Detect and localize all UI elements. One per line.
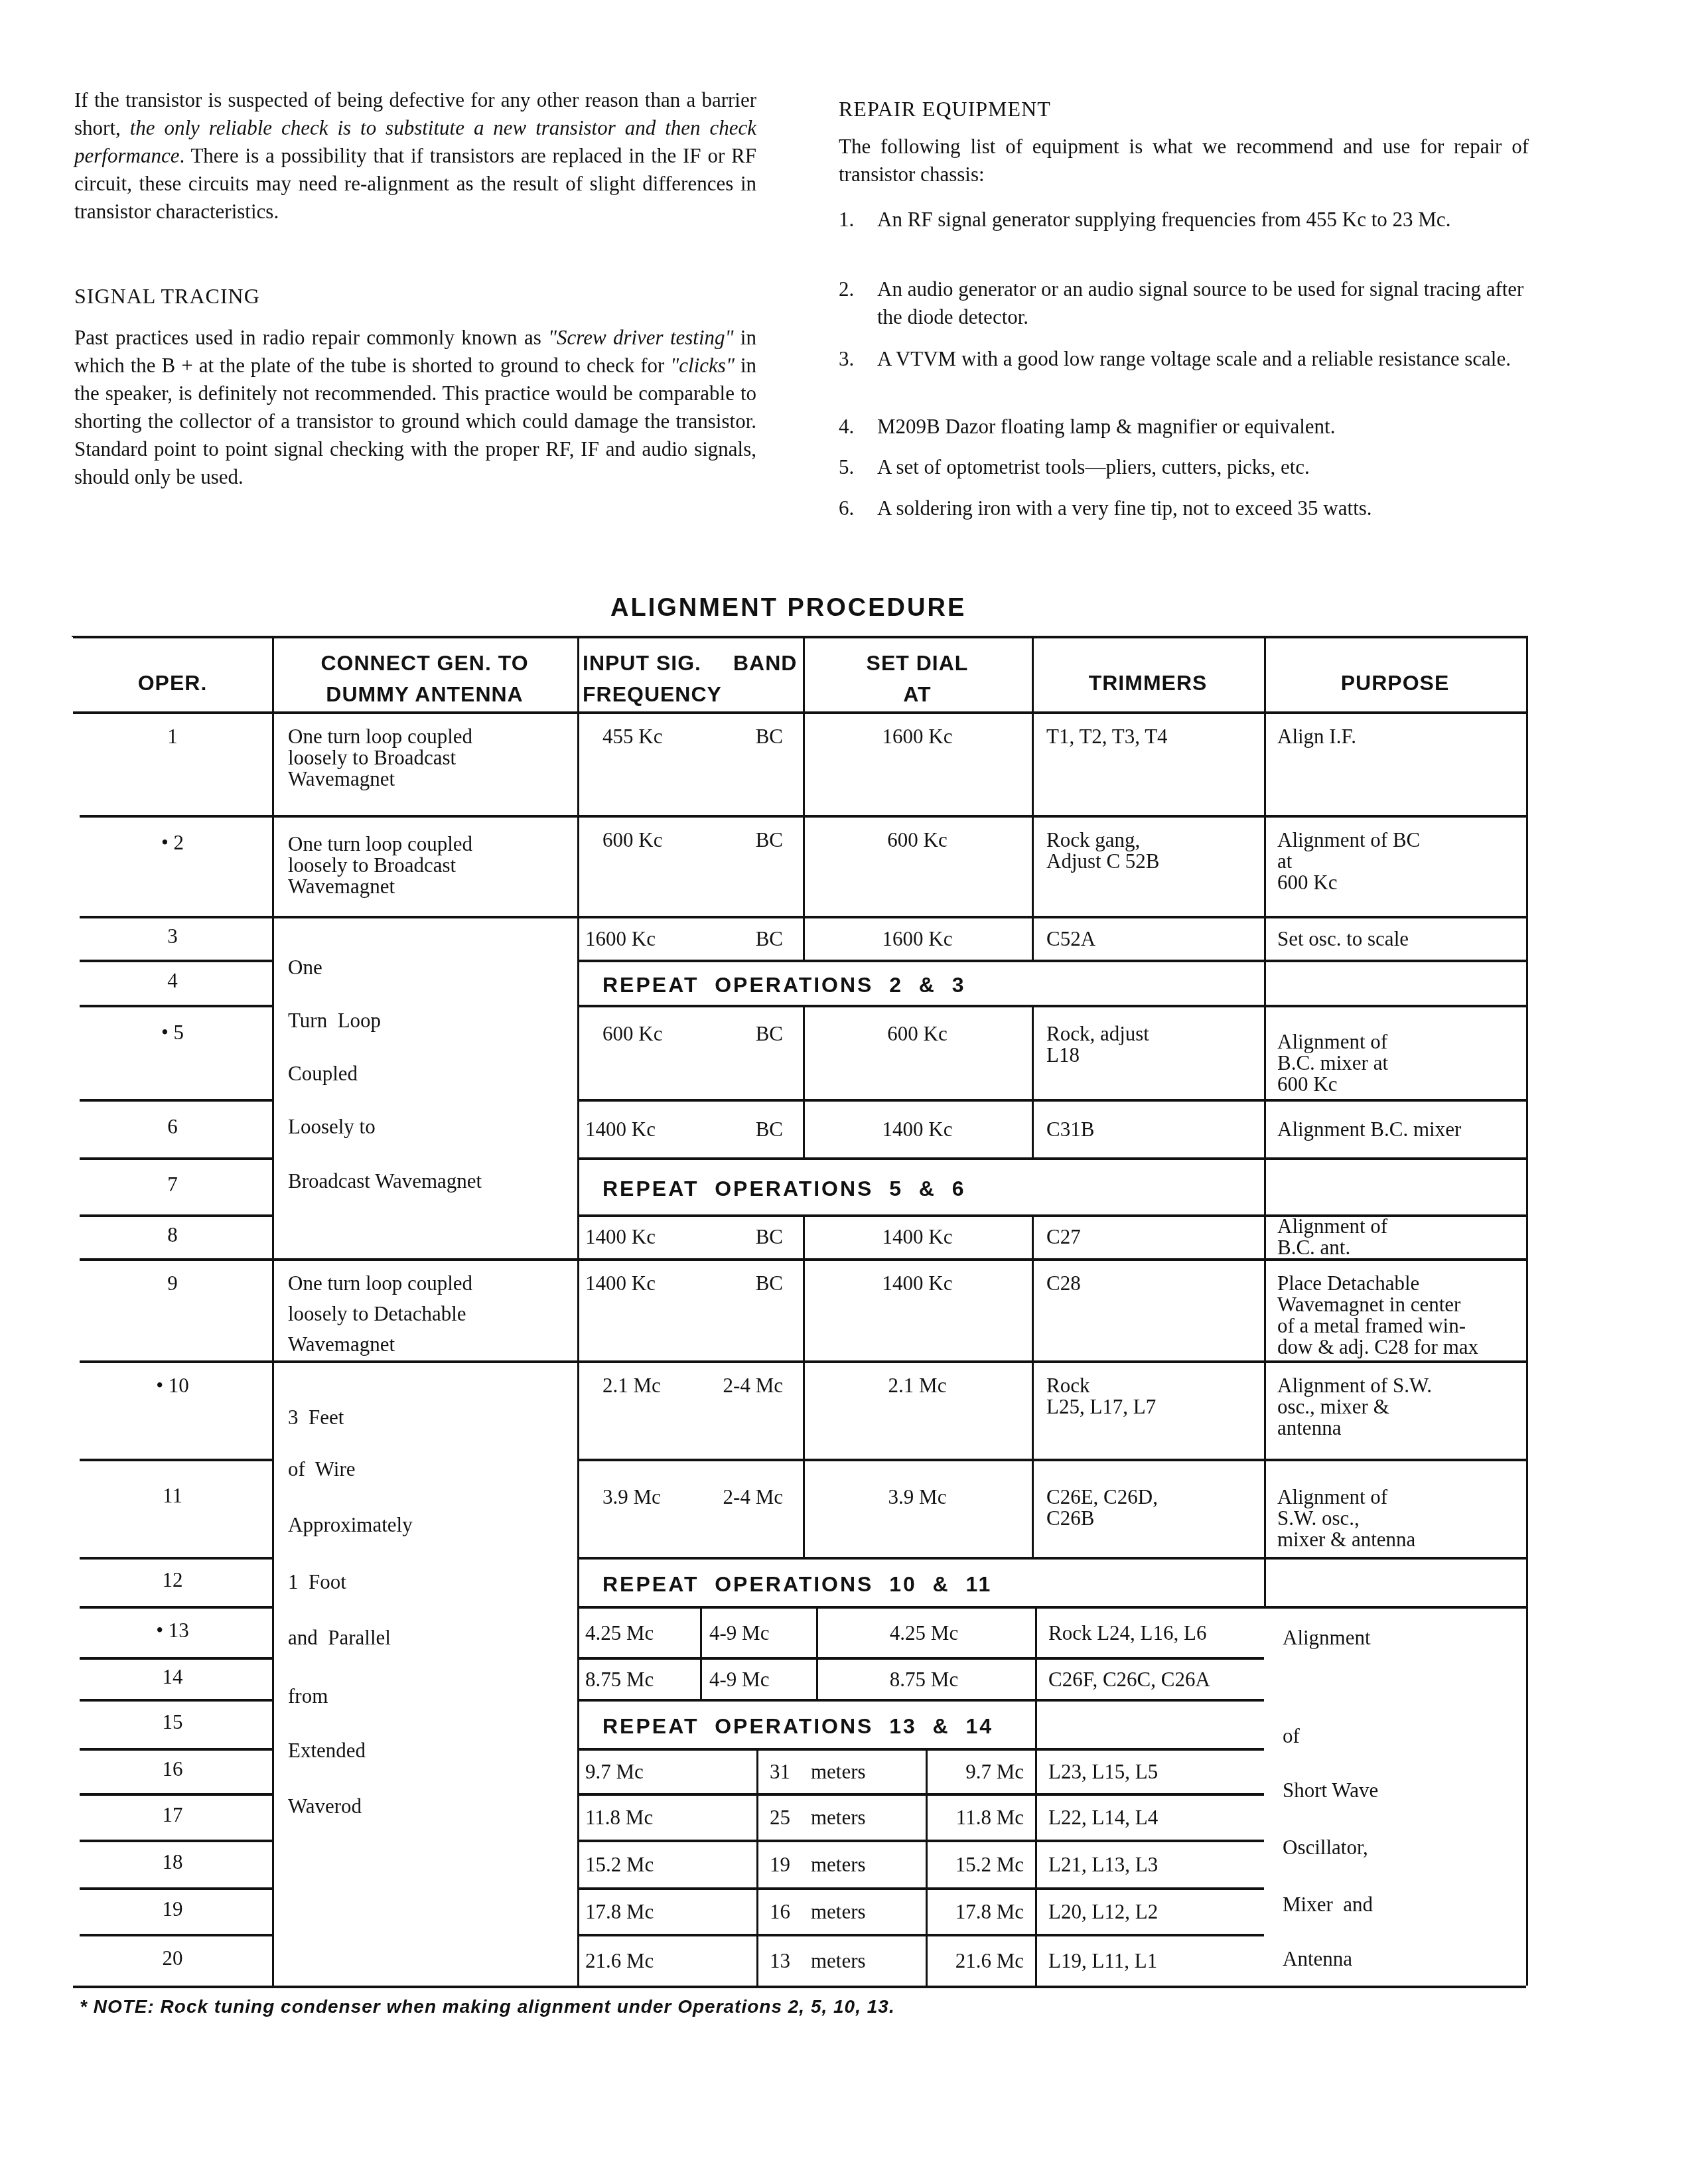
table-rule [577,1793,1264,1796]
band-meters-unit: meters [811,1761,866,1783]
oper-number: 4 [73,970,272,991]
purpose-value: Alignment of [1277,1216,1387,1237]
table-rule [272,916,1526,918]
trimmers-value: L21, L13, L3 [1048,1854,1158,1875]
purpose-value: Alignment of [1277,1487,1387,1508]
header-oper: OPER. [73,667,272,699]
oper-number: • 5 [73,1022,272,1043]
connect-gen-text: Broadcast Wavemagnet [288,1171,482,1192]
table-rule [73,711,1526,714]
column-rule [1032,1005,1034,1157]
table-rule [577,1606,1526,1609]
band-meters-unit: meters [811,1807,866,1828]
equipment-item-text: A VTVM with a good low range voltage sca… [877,345,1541,373]
trimmers-value: L25, L17, L7 [1046,1396,1156,1418]
table-rule [80,1699,272,1702]
table-rule [577,960,1526,962]
oper-number: 19 [73,1899,272,1920]
connect-gen-text: One [288,957,322,978]
table-rule [80,916,272,918]
connect-gen-text: Waverod [288,1796,362,1817]
table-rule [80,1934,272,1936]
input-frequency: 600 Kc [602,830,662,851]
table-rule [73,1986,1526,1988]
repeat-operations-label: REPEAT OPERATIONS 2 & 3 [602,973,965,997]
signal-emphasis-1: "Screw driver testing" [548,326,734,349]
repeat-operations-label: REPEAT OPERATIONS 5 & 6 [602,1177,965,1201]
purpose-value: S.W. osc., [1277,1508,1360,1529]
table-rule [577,1934,1264,1936]
set-dial-value: 17.8 Mc [955,1901,1024,1923]
equipment-item-number: 4. [839,413,854,441]
trimmers-value: L18 [1046,1045,1080,1066]
trimmers-value: C26E, C26D, [1046,1487,1158,1508]
table-rule [577,1005,1526,1007]
column-rule [756,1748,758,1986]
equipment-item-number: 2. [839,275,854,303]
table-rule [577,1887,1264,1890]
connect-gen-text: and Parallel [288,1627,391,1648]
trimmers-value: Rock [1046,1375,1090,1396]
connect-gen-text: Turn Loop [288,1010,381,1031]
table-rule [577,1459,1526,1461]
table-rule [577,1099,1526,1102]
connect-gen-text: One turn loop coupled [288,726,472,747]
input-frequency: 600 Kc [602,1023,662,1045]
signal-tracing-heading: SIGNAL TRACING [74,284,260,309]
input-frequency: 3.9 Mc [602,1487,661,1508]
set-dial-value: 600 Kc [803,830,1032,851]
table-rule [80,1214,272,1217]
connect-gen-text: Wavemagnet [288,876,395,897]
repeat-operations-label: REPEAT OPERATIONS 10 & 11 [602,1572,992,1597]
table-rule [577,1840,1264,1842]
oper-number: 11 [73,1485,272,1506]
equipment-item-text: An audio generator or an audio signal so… [877,275,1541,331]
trimmers-value: L22, L14, L4 [1048,1807,1158,1828]
set-dial-value: 15.2 Mc [955,1854,1024,1875]
trimmers-value: Adjust C 52B [1046,851,1160,872]
column-rule [272,636,274,1986]
purpose-value: B.C. ant. [1277,1237,1350,1258]
set-dial-value: 600 Kc [803,1023,1032,1045]
connect-gen-text: Approximately [288,1514,413,1536]
set-dial-value: 1400 Kc [803,1226,1032,1248]
column-rule [1035,1748,1037,1986]
sw-purpose-text: Oscillator, [1283,1837,1368,1858]
oper-number: 14 [73,1666,272,1688]
band-range: 4-9 Mc [709,1669,769,1690]
oper-number: • 2 [73,832,272,853]
band-range: 4-9 Mc [709,1623,769,1644]
band-meters-number: 13 [770,1950,790,1972]
purpose-value: Alignment B.C. mixer [1277,1119,1461,1140]
table-rule [80,1005,272,1007]
set-dial-value: 1600 Kc [803,726,1032,747]
input-frequency: 15.2 Mc [585,1854,654,1875]
header-connect: DUMMY ANTENNA [272,678,577,710]
band-value: BC [756,928,783,950]
table-rule [80,960,272,962]
band-value: BC [756,830,783,851]
alignment-title: ALIGNMENT PROCEDURE [610,594,966,622]
column-rule [1526,636,1528,1986]
connect-gen-text: from [288,1686,328,1707]
set-dial-value: 11.8 Mc [956,1807,1024,1828]
purpose-value: dow & adj. C28 for max [1277,1337,1478,1358]
connect-gen-text: of Wire [288,1459,355,1480]
set-dial-value: 1400 Kc [803,1119,1032,1140]
sw-purpose-text: Short Wave [1283,1780,1378,1801]
connect-gen-text: One turn loop coupled [288,1273,472,1294]
equipment-item-number: 6. [839,494,854,522]
trimmers-value: L20, L12, L2 [1048,1901,1158,1923]
table-rule [272,815,1526,818]
purpose-value: osc., mixer & [1277,1396,1389,1418]
connect-gen-text: Coupled [288,1063,358,1084]
set-dial-value: 1400 Kc [803,1273,1032,1294]
oper-number: 9 [73,1273,272,1294]
oper-number: 16 [73,1759,272,1780]
set-dial-value: 21.6 Mc [955,1950,1024,1972]
header-set-dial: AT [803,678,1032,710]
oper-number: 8 [73,1224,272,1246]
purpose-value: at [1277,851,1292,872]
oper-number: 17 [73,1804,272,1826]
table-rule [577,1748,1264,1751]
trimmers-value: C27 [1046,1226,1081,1248]
oper-number: 18 [73,1852,272,1873]
purpose-value: Align I.F. [1277,726,1356,747]
oper-number: 1 [73,726,272,747]
table-rule [80,1360,272,1363]
sw-purpose-text: of [1283,1725,1300,1747]
trimmers-value: Rock gang, [1046,830,1140,851]
trimmers-value: C26B [1046,1508,1094,1529]
set-dial-value: 3.9 Mc [803,1487,1032,1508]
oper-number: • 10 [73,1375,272,1396]
trimmers-value: C26F, C26C, C26A [1048,1669,1210,1690]
table-rule [577,1557,1526,1560]
purpose-value: Wavemagnet in center [1277,1294,1460,1315]
band-value: BC [756,1119,783,1140]
repair-equipment-intro: The following list of equipment is what … [839,133,1529,188]
header-purpose: PURPOSE [1264,667,1526,699]
table-rule [80,1606,272,1609]
band-value: 2-4 Mc [723,1375,783,1396]
trimmers-value: C28 [1046,1273,1081,1294]
header-input: INPUT SIG. [583,647,701,679]
column-rule [1035,1606,1037,1748]
column-rule [72,636,74,637]
table-rule [272,1360,1526,1363]
input-frequency: 21.6 Mc [585,1950,654,1972]
oper-number: 3 [73,926,272,947]
equipment-item-number: 1. [839,206,854,234]
band-meters-unit: meters [811,1901,866,1923]
header-trimmers: TRIMMERS [1032,667,1264,699]
equipment-item-text: An RF signal generator supplying frequen… [877,206,1541,234]
purpose-value: antenna [1277,1418,1341,1439]
connect-gen-text: 1 Foot [288,1571,346,1593]
header-connect: CONNECT GEN. TO [272,647,577,679]
purpose-value: Alignment of [1277,1031,1387,1053]
purpose-value: Place Detachable [1277,1273,1419,1294]
input-frequency: 455 Kc [602,726,662,747]
table-rule [80,1557,272,1560]
connect-gen-text: Wavemagnet [288,1334,395,1355]
input-frequency: 1600 Kc [585,928,656,950]
repair-equipment-heading: REPAIR EQUIPMENT [839,97,1051,121]
purpose-value: Alignment of S.W. [1277,1375,1432,1396]
input-frequency: 17.8 Mc [585,1901,654,1923]
set-dial-value: 2.1 Mc [803,1375,1032,1396]
table-rule [577,1657,1264,1660]
band-value: BC [756,1226,783,1248]
footnote: * NOTE: Rock tuning condenser when makin… [80,1996,895,2017]
band-value: BC [756,1273,783,1294]
connect-gen-text: loosely to Broadcast [288,855,456,876]
table-rule [80,1840,272,1842]
table-rule [80,1887,272,1890]
table-rule [80,1657,272,1660]
oper-number: 20 [73,1948,272,1969]
signal-emphasis-2: "clicks" [670,354,735,377]
trimmers-value: L23, L15, L5 [1048,1761,1158,1783]
input-frequency: 4.25 Mc [585,1623,654,1644]
column-rule [1032,1214,1034,1557]
signal-tracing-paragraph: Past practices used in radio repair comm… [74,324,756,491]
input-frequency: 8.75 Mc [585,1669,654,1690]
set-dial-value: 4.25 Mc [816,1623,1032,1644]
input-frequency: 9.7 Mc [585,1761,644,1783]
table-rule [577,1157,1526,1160]
trimmers-value: C52A [1046,928,1095,950]
equipment-item-text: A set of optometrist tools—pliers, cutte… [877,453,1541,481]
table-rule [80,1793,272,1796]
connect-gen-text: Wavemagnet [288,768,395,790]
table-rule [80,1748,272,1751]
band-meters-number: 16 [770,1901,790,1923]
band-value: 2-4 Mc [723,1487,783,1508]
oper-number: 6 [73,1116,272,1137]
connect-gen-text: 3 Feet [288,1407,344,1428]
table-rule [80,1099,272,1102]
connect-gen-text: One turn loop coupled [288,834,472,855]
input-frequency: 1400 Kc [585,1273,656,1294]
connect-gen-text: Extended [288,1740,366,1761]
oper-number: 7 [73,1174,272,1195]
set-dial-value: 9.7 Mc [965,1761,1024,1783]
table-rule [80,1459,272,1461]
connect-gen-text: loosely to Detachable [288,1303,466,1325]
equipment-item-text: A soldering iron with a very fine tip, n… [877,494,1541,522]
table-rule [577,1699,1264,1702]
connect-gen-text: loosely to Broadcast [288,747,456,768]
purpose-value: Alignment of BC [1277,830,1420,851]
oper-number: 12 [73,1569,272,1591]
purpose-value: 600 Kc [1277,1074,1337,1095]
header-input: FREQUENCY [583,678,722,710]
input-frequency: 1400 Kc [585,1119,656,1140]
input-frequency: 11.8 Mc [585,1807,653,1828]
band-meters-unit: meters [811,1854,866,1875]
purpose-value: 600 Kc [1277,872,1337,893]
column-rule [577,636,579,1986]
band-value: BC [756,1023,783,1045]
purpose-value: of a metal framed win- [1277,1315,1466,1337]
purpose-value: mixer & antenna [1277,1529,1415,1550]
table-rule [73,636,1526,638]
equipment-item-number: 5. [839,453,854,481]
input-frequency: 1400 Kc [585,1226,656,1248]
sw-purpose-text: Alignment [1283,1627,1371,1648]
set-dial-value: 8.75 Mc [816,1669,1032,1690]
oper-number: • 13 [73,1620,272,1641]
purpose-value: Set osc. to scale [1277,928,1409,950]
band-meters-number: 31 [770,1761,790,1783]
signal-text-1: Past practices used in radio repair comm… [74,326,548,349]
trimmers-value: T1, T2, T3, T4 [1046,726,1168,747]
trimmers-value: Rock, adjust [1046,1023,1149,1045]
band-meters-number: 25 [770,1807,790,1828]
input-frequency: 2.1 Mc [602,1375,661,1396]
trimmers-value: L19, L11, L1 [1048,1950,1157,1972]
column-rule [926,1748,928,1986]
equipment-item-text: M209B Dazor floating lamp & magnifier or… [877,413,1541,441]
trimmers-value: Rock L24, L16, L6 [1048,1623,1207,1644]
repeat-operations-label: REPEAT OPERATIONS 13 & 14 [602,1714,993,1739]
intro-paragraph: If the transistor is suspected of being … [74,86,756,226]
equipment-item-number: 3. [839,345,854,373]
table-rule [80,1258,272,1261]
connect-gen-text: Loosely to [288,1116,376,1137]
table-rule [80,815,272,818]
table-rule [80,1157,272,1160]
sw-purpose-text: Antenna [1283,1948,1352,1970]
purpose-value: B.C. mixer at [1277,1053,1388,1074]
column-rule [700,1606,702,1699]
header-band: BAND [733,647,797,679]
sw-purpose-text: Mixer and [1283,1894,1373,1915]
set-dial-value: 1600 Kc [803,928,1032,950]
oper-number: 15 [73,1711,272,1733]
band-value: BC [756,726,783,747]
trimmers-value: C31B [1046,1119,1094,1140]
band-meters-unit: meters [811,1950,866,1972]
header-set-dial: SET DIAL [803,647,1032,679]
band-meters-number: 19 [770,1854,790,1875]
